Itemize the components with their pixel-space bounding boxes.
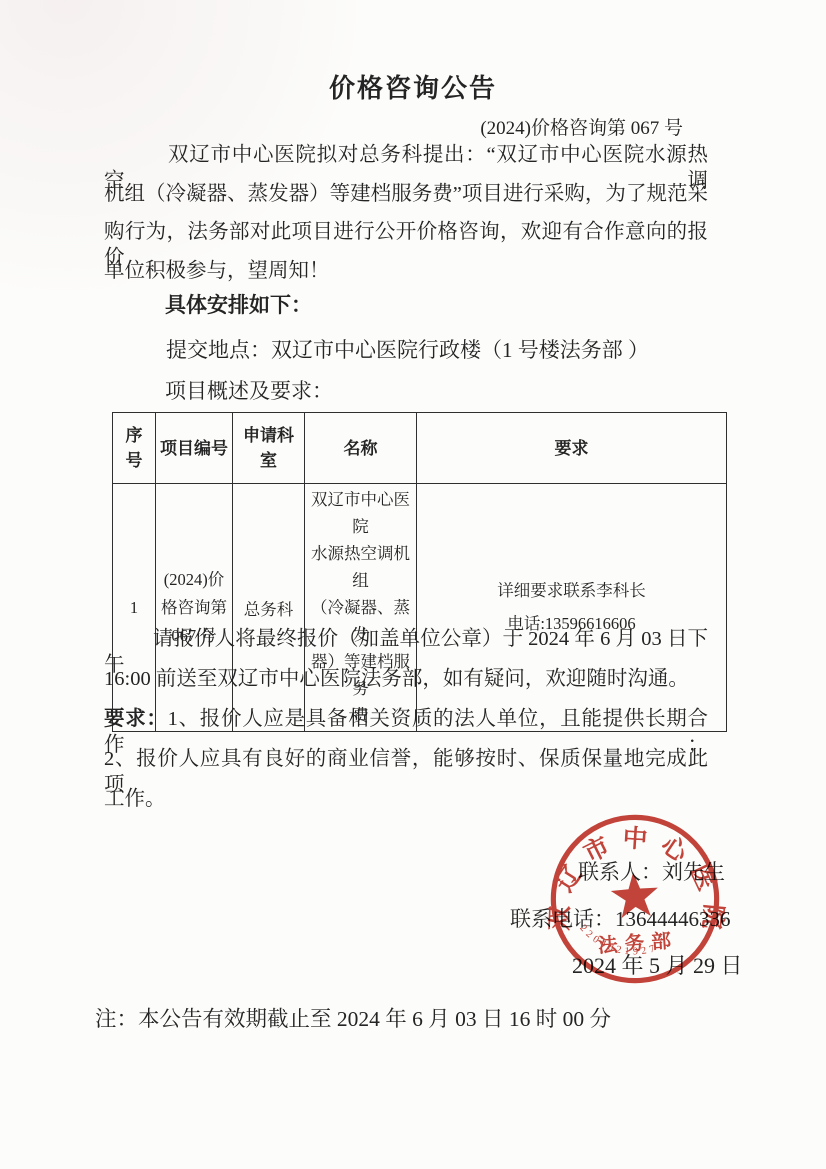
table-row: 1 (2024)价 格咨询第 067 号 总务科 双辽市中心医院 水源热空调机组…	[113, 484, 727, 732]
page-title: 价格咨询公告	[0, 68, 826, 105]
arrangement-heading: 具体安排如下：	[165, 289, 312, 319]
cell-requirement: 详细要求联系李科长 电话:13596616606	[417, 484, 727, 732]
scanned-announcement-page: 价格咨询公告 (2024)价格咨询第 067 号 双辽市中心医院拟对总务科提出：…	[0, 0, 826, 1169]
intro-line-4: 单位积极参与，望周知！	[104, 258, 708, 284]
document-number: (2024)价格咨询第 067 号	[480, 113, 683, 140]
table-header-row: 序 号 项目编号 申请科室 名称 要求	[113, 413, 727, 484]
table-header-seq: 序 号	[113, 413, 156, 484]
table-header-project-no: 项目编号	[156, 413, 233, 484]
cell-project-no: (2024)价 格咨询第 067 号	[156, 484, 233, 732]
official-seal: 双辽市中心医院 法务部 2204821927	[536, 800, 735, 999]
requirement-contact-line: 详细要求联系李科长	[420, 578, 723, 604]
cell-name: 双辽市中心医院 水源热空调机组 （冷凝器、蒸发 器）等建档服务 费	[305, 484, 417, 732]
table-header-department: 申请科室	[233, 413, 305, 484]
overview-heading: 项目概述及要求：	[165, 375, 333, 405]
cell-seq: 1	[113, 484, 156, 732]
table-header-name: 名称	[305, 413, 417, 484]
submit-location-line: 提交地点：双辽市中心医院行政楼（1 号楼法务部 ）	[166, 334, 649, 364]
intro-line-2: 机组（冷凝器、蒸发器）等建档服务费”项目进行采购，为了规范采	[104, 181, 708, 207]
cell-department: 总务科	[233, 484, 305, 732]
table-header-requirement: 要求	[417, 413, 727, 484]
requirements-label: 要求：	[104, 708, 168, 730]
deadline-line-2: 16:00 前送至双辽市中心医院法务部，如有疑问，欢迎随时沟通。	[104, 666, 708, 692]
seal-star-icon	[610, 871, 660, 919]
footnote-line: 注：本公告有效期截止至 2024 年 6 月 03 日 16 时 00 分	[95, 1002, 611, 1033]
